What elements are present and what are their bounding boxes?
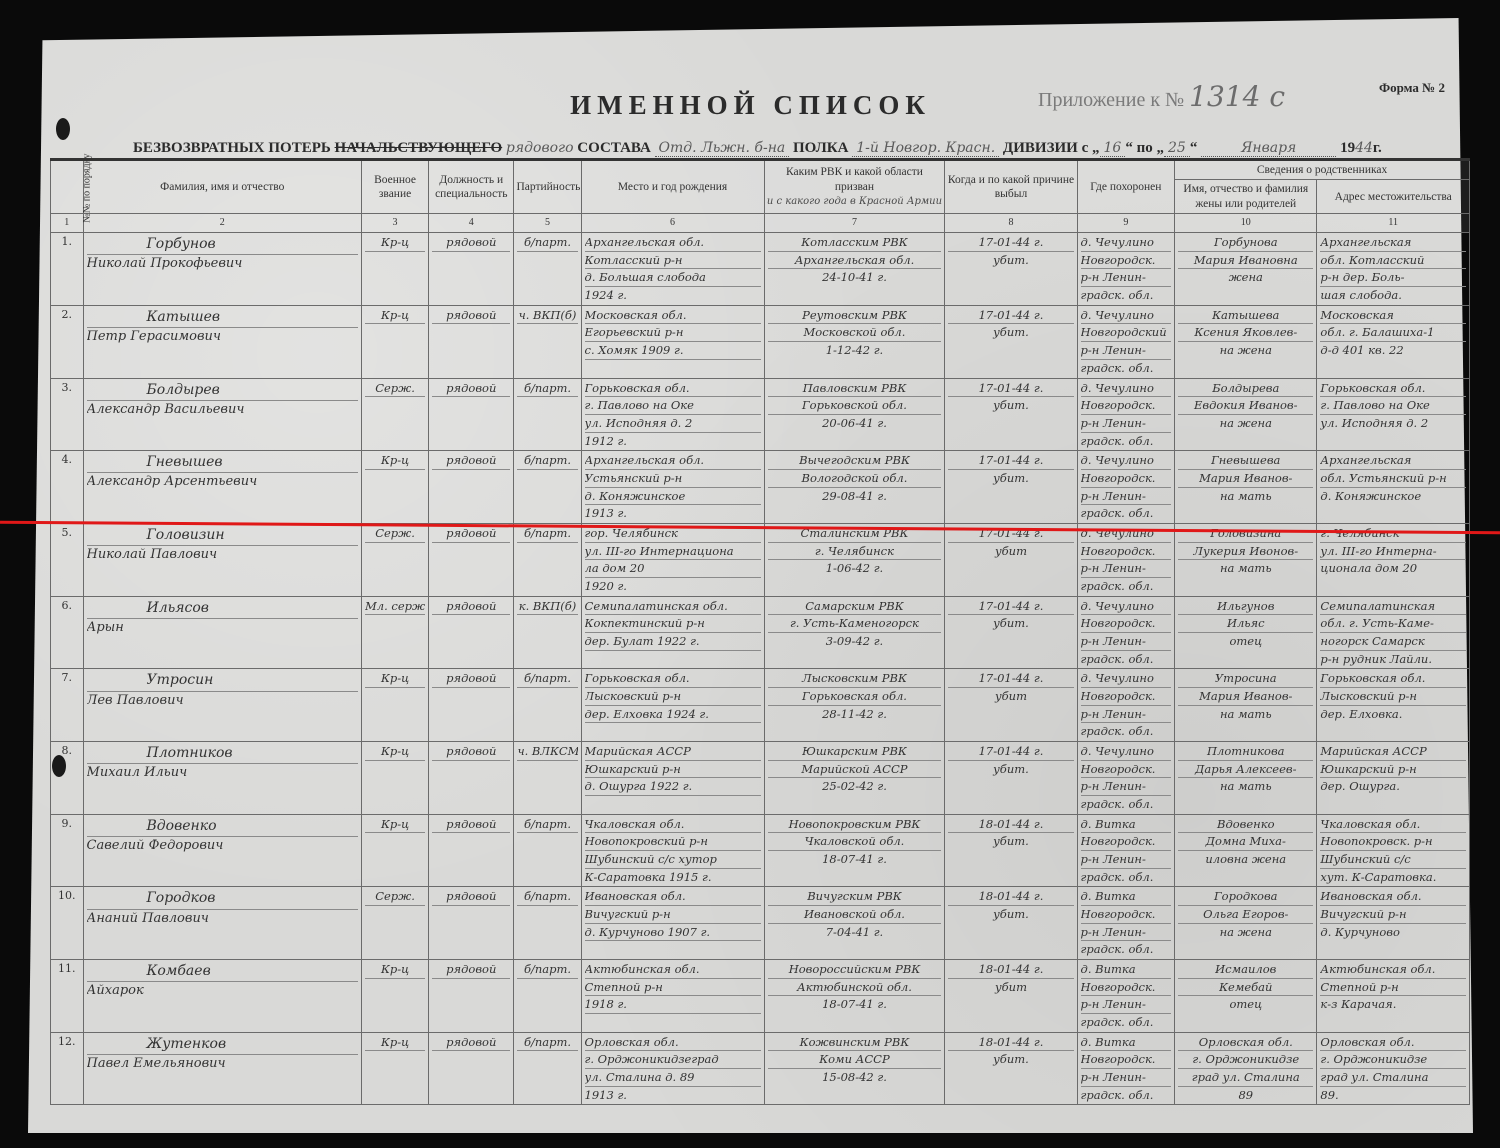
given-names: Александр Васильевич — [87, 401, 359, 420]
burial-line: д. Чечулино — [1081, 307, 1172, 325]
relative-address: Семипалатинскаяобл. г. Усть-Каме-ногорск… — [1317, 596, 1470, 669]
burial-line: градск. обл. — [1081, 869, 1172, 886]
relative-name: ГоловизинаЛукерия Ивонов-на мать — [1175, 523, 1317, 596]
address-line: Архангельская — [1320, 234, 1466, 252]
birth-line: Кокпектинский р-н — [585, 615, 761, 633]
relative-line: на мать — [1178, 778, 1313, 795]
burial-line: р-н Ленин- — [1081, 706, 1172, 724]
rank: Кр-ц — [362, 741, 429, 814]
birth-line: Горьковская обл. — [585, 380, 761, 398]
surname: Головизин — [87, 525, 359, 546]
birth-line: Лысковский р-н — [585, 688, 761, 706]
form-number: Форма № 2 — [1379, 80, 1445, 96]
burial-place: д. ВиткаНовгородск.р-н Ленин-градск. обл… — [1077, 1032, 1175, 1105]
given-names: Савелий Федорович — [87, 837, 359, 856]
relative-address: Архангельскаяобл. Котласскийр-н дер. Бол… — [1317, 233, 1470, 306]
birth-line: с. Хомяк 1909 г. — [585, 342, 761, 360]
burial-line: р-н Ленин- — [1081, 851, 1172, 869]
birth-line: 1913 г. — [585, 1087, 761, 1104]
burial-place: д. ВиткаНовгородск.р-н Ленин-градск. обл… — [1077, 814, 1175, 887]
burial-line: градск. обл. — [1081, 287, 1172, 304]
rvk-line: 25-02-42 г. — [768, 778, 942, 795]
relative-line: Вдовенко — [1178, 816, 1313, 834]
row-number: 4. — [51, 451, 84, 524]
burial-line: р-н Ленин- — [1081, 342, 1172, 360]
burial-line: градск. обл. — [1081, 941, 1172, 958]
rvk-line: Московской обл. — [768, 324, 942, 342]
fate: 18-01-44 г.убит. — [945, 814, 1077, 887]
burial-line: градск. обл. — [1081, 360, 1172, 377]
soldier-name: Головизин Николай Павлович — [83, 523, 362, 596]
address-line: Юшкарский р-н — [1320, 761, 1466, 779]
table-row: 2. Катышев Петр Герасимович Кр-ц рядовой… — [51, 305, 1470, 378]
relative-line: отец — [1178, 633, 1313, 650]
fate: 17-01-44 г.убит. — [945, 451, 1077, 524]
address-line: д-д 401 кв. 22 — [1320, 342, 1466, 359]
birth-place: Горьковская обл.Лысковский р-ндер. Елхов… — [581, 669, 764, 742]
burial-line: д. Чечулино — [1081, 452, 1172, 470]
rvk-line: Павловским РВК — [768, 380, 942, 398]
relative-line: Ксения Яковлев- — [1178, 324, 1313, 342]
given-names: Александр Арсентьевич — [87, 473, 359, 492]
relative-name: Орловская обл.г. Орджоникидзеград ул. Ст… — [1175, 1032, 1317, 1105]
fate-line: убит. — [948, 761, 1073, 778]
relative-line: Городкова — [1178, 888, 1313, 906]
fate: 17-01-44 г.убит. — [945, 378, 1077, 451]
burial-line: д. Чечулино — [1081, 234, 1172, 252]
table-row: 8. Плотников Михаил Ильич Кр-ц рядовой ч… — [51, 741, 1470, 814]
appendix-stamp: Приложение к № 1314 с — [1038, 80, 1285, 113]
relative-line: Горбунова — [1178, 234, 1313, 252]
burial-line: Новгородск. — [1081, 397, 1172, 415]
rvk-line: г. Челябинск — [768, 543, 942, 561]
relative-address: г. Челябинскул. III-го Интерна-ционала д… — [1317, 523, 1470, 596]
relative-name: КатышеваКсения Яковлев-на жена — [1175, 305, 1317, 378]
rvk-line: Новопокровским РВК — [768, 816, 942, 834]
birth-line: Юшкарский р-н — [585, 761, 761, 779]
address-line: хут. К-Саратовка. — [1320, 869, 1466, 886]
burial-line: р-н Ленин- — [1081, 633, 1172, 651]
relative-line: 89 — [1178, 1087, 1313, 1104]
address-line: ул. III-го Интерна- — [1320, 543, 1466, 561]
relative-name: БолдыреваЕвдокия Иванов-на жена — [1175, 378, 1317, 451]
address-line: Горьковская обл. — [1320, 670, 1466, 688]
address-line: 89. — [1320, 1087, 1466, 1104]
fate-line: убит. — [948, 906, 1073, 923]
burial-line: градск. обл. — [1081, 651, 1172, 668]
fate-line: 17-01-44 г. — [948, 452, 1073, 470]
birth-line: Егорьевский р-н — [585, 324, 761, 342]
birth-line — [585, 796, 761, 810]
rank: Мл. серж. — [362, 596, 429, 669]
party: ч. ВКП(б) — [514, 305, 581, 378]
party: б/парт. — [514, 451, 581, 524]
division-name: 1-й Новгор. Красн. — [852, 140, 999, 157]
birth-line — [585, 651, 761, 665]
surname: Плотников — [87, 743, 359, 764]
soldier-name: Утросин Лев Павлович — [83, 669, 362, 742]
date-to-label: по — [1137, 140, 1153, 156]
burial-place: д. ЧечулиноНовгородск.р-н Ленин-градск. … — [1077, 596, 1175, 669]
birth-line: д. Большая слобода — [585, 269, 761, 287]
burial-line: Новгородск. — [1081, 470, 1172, 488]
fate-line: убит. — [948, 252, 1073, 269]
relative-address: Архангельскаяобл. Устьянский р-нд. Коняж… — [1317, 451, 1470, 524]
fate: 17-01-44 г.убит — [945, 669, 1077, 742]
birth-line: дер. Елховка 1924 г. — [585, 706, 761, 724]
birth-line: Марийская АССР — [585, 743, 761, 761]
unit-name: Отд. Льжн. б-на — [655, 140, 790, 157]
position: рядовой — [429, 887, 514, 960]
fate-line: убит. — [948, 397, 1073, 414]
rvk-line: Марийской АССР — [768, 761, 942, 779]
relative-line: Утросина — [1178, 670, 1313, 688]
conscription-rvk: Лысковским РВКГорьковская обл.28-11-42 г… — [764, 669, 945, 742]
relative-line: Болдырева — [1178, 380, 1313, 398]
birth-line — [585, 723, 761, 737]
stamp-printed: Приложение к № — [1038, 89, 1184, 111]
row-number: 2. — [51, 305, 84, 378]
losses-table: №№ по порядку Фамилия, имя и отчество Во… — [50, 158, 1470, 1105]
row-number: 1. — [51, 233, 84, 306]
col-relative-header: Имя, отчество и фамилия жены или родител… — [1175, 180, 1317, 214]
soldier-name: Болдырев Александр Васильевич — [83, 378, 362, 451]
rvk-line: Ивановской обл. — [768, 906, 942, 924]
col-number-header: №№ по порядку — [51, 160, 84, 214]
relative-line: Евдокия Иванов- — [1178, 397, 1313, 415]
position: рядовой — [429, 960, 514, 1033]
col-name-header: Фамилия, имя и отчество — [83, 160, 362, 214]
rvk-line: Самарским РВК — [768, 598, 942, 616]
table-row: 5. Головизин Николай Павлович Серж. рядо… — [51, 523, 1470, 596]
rank: Кр-ц — [362, 233, 429, 306]
handwritten-header-note: и с какого года в Красной Армии — [767, 196, 942, 207]
address-line: ул. Исподняя д. 2 — [1320, 415, 1466, 432]
binder-hole — [52, 755, 66, 777]
fate-line: 18-01-44 г. — [948, 816, 1073, 834]
burial-line: Новгородск. — [1081, 688, 1172, 706]
given-names: Айхарок — [87, 982, 359, 1001]
burial-line: Новгородск. — [1081, 979, 1172, 997]
burial-line: градск. обл. — [1081, 433, 1172, 450]
relative-name: ИльгуновИльясотец — [1175, 596, 1317, 669]
address-line: к-з Карачая. — [1320, 996, 1466, 1013]
birth-line: ул. Исподняя д. 2 — [585, 415, 761, 433]
relative-line: Орловская обл. — [1178, 1034, 1313, 1052]
rvk-line: Реутовским РВК — [768, 307, 942, 325]
party: б/парт. — [514, 669, 581, 742]
birth-line: К-Саратовка 1915 г. — [585, 869, 761, 886]
relative-line: на жена — [1178, 342, 1313, 359]
soldier-name: Гневышев Александр Арсентьевич — [83, 451, 362, 524]
col-party-header: Партийность — [514, 160, 581, 214]
birth-line: Новопокровский р-н — [585, 833, 761, 851]
party: к. ВКП(б) — [514, 596, 581, 669]
address-line: Актюбинская обл. — [1320, 961, 1466, 979]
surname: Городков — [87, 888, 359, 909]
conscription-rvk: Юшкарским РВКМарийской АССР25-02-42 г. — [764, 741, 945, 814]
burial-line: д. Чечулино — [1081, 380, 1172, 398]
fate: 18-01-44 г.убит. — [945, 1032, 1077, 1105]
surname: Вдовенко — [87, 816, 359, 837]
rvk-line: 18-07-41 г. — [768, 851, 942, 868]
relative-line: Кемебай — [1178, 979, 1313, 997]
table-row: 6. Ильясов Арын Мл. серж. рядовой к. ВКП… — [51, 596, 1470, 669]
relative-line: Дарья Алексеев- — [1178, 761, 1313, 779]
burial-place: д. ВиткаНовгородск.р-н Ленин-градск. обл… — [1077, 887, 1175, 960]
birth-place: Горьковская обл.г. Павлово на Океул. Исп… — [581, 378, 764, 451]
burial-line: р-н Ленин- — [1081, 778, 1172, 796]
conscription-rvk: Кожвинским РВККоми АССР15-08-42 г. — [764, 1032, 945, 1105]
relative-line: Гневышева — [1178, 452, 1313, 470]
rvk-line: Горьковской обл. — [768, 397, 942, 415]
birth-line: дер. Булат 1922 г. — [585, 633, 761, 651]
col-fate-header: Когда и по какой причине выбыл — [945, 160, 1077, 214]
party: б/парт. — [514, 523, 581, 596]
birth-place: Марийская АССРЮшкарский р-нд. Ошурга 192… — [581, 741, 764, 814]
birth-line: 1913 г. — [585, 505, 761, 522]
rvk-line: Лысковским РВК — [768, 670, 942, 688]
relatives-group-header: Сведения о родственниках — [1175, 160, 1470, 180]
date-to: 25 — [1164, 140, 1190, 157]
conscription-rvk: Вичугским РВКИвановской обл.7-04-41 г. — [764, 887, 945, 960]
relative-address: Актюбинская обл.Степной р-нк-з Карачая. — [1317, 960, 1470, 1033]
position: рядовой — [429, 451, 514, 524]
division-label: ДИВИЗИИ с — [1003, 140, 1088, 156]
birth-line: 1920 г. — [585, 578, 761, 595]
birth-line: Чкаловская обл. — [585, 816, 761, 834]
fate-line: 17-01-44 г. — [948, 743, 1073, 761]
relative-name: ПлотниковаДарья Алексеев-на мать — [1175, 741, 1317, 814]
address-line: Семипалатинская — [1320, 598, 1466, 616]
birth-line: г. Павлово на Оке — [585, 397, 761, 415]
relative-address: Горьковская обл.Лысковский р-ндер. Елхов… — [1317, 669, 1470, 742]
row-number: 5. — [51, 523, 84, 596]
stamp-number: 1314 с — [1189, 80, 1285, 113]
burial-line: д. Чечулино — [1081, 743, 1172, 761]
row-number: 8. — [51, 741, 84, 814]
surname: Жутенков — [87, 1034, 359, 1055]
burial-line: Новгородск. — [1081, 1051, 1172, 1069]
burial-line: градск. обл. — [1081, 505, 1172, 522]
address-line: шая слобода. — [1320, 287, 1466, 304]
relative-address: Марийская АССРЮшкарский р-ндер. Ошурга. — [1317, 741, 1470, 814]
fate-line: убит. — [948, 324, 1073, 341]
position: рядовой — [429, 523, 514, 596]
birth-line: Степной р-н — [585, 979, 761, 997]
fate-line: убит — [948, 688, 1073, 705]
rank: Серж. — [362, 378, 429, 451]
rvk-line: 1-12-42 г. — [768, 342, 942, 359]
burial-line: д. Витка — [1081, 1034, 1172, 1052]
birth-line: ул. Сталина д. 89 — [585, 1069, 761, 1087]
fate-line: 18-01-44 г. — [948, 1034, 1073, 1052]
address-line: Ивановская обл. — [1320, 888, 1466, 906]
rvk-line: 24-10-41 г. — [768, 269, 942, 286]
fate: 17-01-44 г.убит. — [945, 305, 1077, 378]
col-rank-header: Военное звание — [362, 160, 429, 214]
address-line: р-н дер. Боль- — [1320, 269, 1466, 287]
rvk-line: Новороссийским РВК — [768, 961, 942, 979]
table-row: 3. Болдырев Александр Васильевич Серж. р… — [51, 378, 1470, 451]
position: рядовой — [429, 233, 514, 306]
surname: Гневышев — [87, 452, 359, 473]
given-names: Николай Прокофьевич — [87, 255, 359, 274]
relative-line: на мать — [1178, 560, 1313, 577]
address-line: Новопокровск. р-н — [1320, 833, 1466, 851]
birth-line — [585, 360, 761, 374]
position: рядовой — [429, 305, 514, 378]
soldier-name: Ильясов Арын — [83, 596, 362, 669]
birth-place: Орловская обл.г. Орджоникидзеградул. Ста… — [581, 1032, 764, 1105]
burial-line: р-н Ленин- — [1081, 924, 1172, 942]
burial-line: Новгородский — [1081, 324, 1172, 342]
relative-line: Ольга Егоров- — [1178, 906, 1313, 924]
relative-address: Московскаяобл. г. Балашиха-1д-д 401 кв. … — [1317, 305, 1470, 378]
address-line: обл. г. Усть-Каме- — [1320, 615, 1466, 633]
table-row: 9. Вдовенко Савелий Федорович Кр-ц рядов… — [51, 814, 1470, 887]
relative-line: на мать — [1178, 488, 1313, 505]
birth-line — [585, 1014, 761, 1028]
birth-line: 1924 г. — [585, 287, 761, 304]
col-address-header: Адрес местожительства — [1317, 180, 1470, 214]
birth-line: Котласский р-н — [585, 252, 761, 270]
conscription-rvk: Новороссийским РВКАктюбинской обл.18-07-… — [764, 960, 945, 1033]
fate: 18-01-44 г.убит — [945, 960, 1077, 1033]
soldier-name: Горбунов Николай Прокофьевич — [83, 233, 362, 306]
birth-place: гор. Челябинскул. III-го Интернационала … — [581, 523, 764, 596]
party: ч. ВЛКСМ — [514, 741, 581, 814]
address-line: Лысковский р-н — [1320, 688, 1466, 706]
birth-line: Семипалатинская обл. — [585, 598, 761, 616]
given-names: Петр Герасимович — [87, 328, 359, 347]
rvk-line: Котласским РВК — [768, 234, 942, 252]
rvk-line: 29-08-41 г. — [768, 488, 942, 505]
fate-line: убит. — [948, 1051, 1073, 1068]
birth-line — [585, 941, 761, 955]
relative-line: Катышева — [1178, 307, 1313, 325]
birth-line: г. Орджоникидзеград — [585, 1051, 761, 1069]
burial-line: д. Чечулино — [1081, 598, 1172, 616]
relative-line: Ильгунов — [1178, 598, 1313, 616]
party: б/парт. — [514, 887, 581, 960]
birth-line: д. Курчуново 1907 г. — [585, 924, 761, 942]
rvk-line: 20-06-41 г. — [768, 415, 942, 432]
rvk-line: Вычегодским РВК — [768, 452, 942, 470]
burial-line: Новгородск. — [1081, 906, 1172, 924]
fate-line: убит — [948, 979, 1073, 996]
col-burial-header: Где похоронен — [1077, 160, 1175, 214]
given-names: Арын — [87, 619, 359, 638]
struck-word: НАЧАЛЬСТВУЮЩЕГО — [335, 140, 503, 156]
soldier-name: Вдовенко Савелий Федорович — [83, 814, 362, 887]
row-number: 10. — [51, 887, 84, 960]
rvk-line: 7-04-41 г. — [768, 924, 942, 941]
fate-line: 18-01-44 г. — [948, 961, 1073, 979]
year-unit: г. — [1373, 140, 1382, 156]
burial-line: Новгородск. — [1081, 252, 1172, 270]
conscription-rvk: Павловским РВКГорьковской обл.20-06-41 г… — [764, 378, 945, 451]
relative-name: ГородковаОльга Егоров-на жена — [1175, 887, 1317, 960]
relative-line: отец — [1178, 996, 1313, 1013]
rvk-line: Горьковская обл. — [768, 688, 942, 706]
soldier-name: Комбаев Айхарок — [83, 960, 362, 1033]
birth-line: Московская обл. — [585, 307, 761, 325]
burial-line: градск. обл. — [1081, 1087, 1172, 1104]
fate-line: убит — [948, 543, 1073, 560]
relative-line: Лукерия Ивонов- — [1178, 543, 1313, 561]
relative-name: ГорбуноваМария Ивановнажена — [1175, 233, 1317, 306]
document-subtitle: БЕЗВОЗВРАТНЫХ ПОТЕРЬ НАЧАЛЬСТВУЮЩЕГО ряд… — [133, 140, 1382, 157]
party: б/парт. — [514, 960, 581, 1033]
year-suffix: 44 — [1355, 140, 1373, 156]
fate: 17-01-44 г.убит — [945, 523, 1077, 596]
party: б/парт. — [514, 378, 581, 451]
address-line: обл. Устьянский р-н — [1320, 470, 1466, 488]
conscription-rvk: Котласским РВКАрхангельская обл.24-10-41… — [764, 233, 945, 306]
relative-line: на жена — [1178, 924, 1313, 941]
rvk-line: Архангельская обл. — [768, 252, 942, 270]
rank: Кр-ц — [362, 669, 429, 742]
position: рядовой — [429, 378, 514, 451]
position: рядовой — [429, 741, 514, 814]
conscription-rvk: Вычегодским РВКВологодской обл.29-08-41 … — [764, 451, 945, 524]
birth-place: Архангельская обл.Котласский р-нд. Больш… — [581, 233, 764, 306]
address-line: Горьковская обл. — [1320, 380, 1466, 398]
birth-line: 1918 г. — [585, 996, 761, 1014]
burial-place: д. ВиткаНовгородск.р-н Ленин-градск. обл… — [1077, 960, 1175, 1033]
burial-line: Новгородск. — [1081, 615, 1172, 633]
conscription-rvk: Сталинским РВКг. Челябинск1-06-42 г. — [764, 523, 945, 596]
address-line: дер. Елховка. — [1320, 706, 1466, 723]
address-line: ционала дом 20 — [1320, 560, 1466, 577]
rank: Кр-ц — [362, 451, 429, 524]
burial-line: д. Витка — [1081, 888, 1172, 906]
relative-line: на мать — [1178, 706, 1313, 723]
table-row: 10. Городков Ананий Павлович Серж. рядов… — [51, 887, 1470, 960]
address-line: д. Курчуново — [1320, 924, 1466, 941]
rvk-line: 3-09-42 г. — [768, 633, 942, 650]
fate: 18-01-44 г.убит. — [945, 887, 1077, 960]
address-line: Шубинский с/с — [1320, 851, 1466, 869]
burial-line: Новгородск. — [1081, 833, 1172, 851]
surname: Комбаев — [87, 961, 359, 982]
rvk-line: Чкаловской обл. — [768, 833, 942, 851]
rvk-line: 18-07-41 г. — [768, 996, 942, 1013]
burial-line: р-н Ленин- — [1081, 488, 1172, 506]
given-names: Ананий Павлович — [87, 910, 359, 929]
party: б/парт. — [514, 233, 581, 306]
date-from: 16 — [1100, 140, 1126, 157]
rank: Серж. — [362, 523, 429, 596]
soldier-name: Жутенков Павел Емельянович — [83, 1032, 362, 1105]
burial-line: градск. обл. — [1081, 723, 1172, 740]
conscription-rvk: Самарским РВКг. Усть-Каменогорск3-09-42 … — [764, 596, 945, 669]
position: рядовой — [429, 1032, 514, 1105]
birth-line: ла дом 20 — [585, 560, 761, 578]
burial-place: д. ЧечулиноНовгородскийр-н Ленин-градск.… — [1077, 305, 1175, 378]
burial-line: градск. обл. — [1081, 578, 1172, 595]
rvk-line: г. Усть-Каменогорск — [768, 615, 942, 633]
burial-place: д. ЧечулиноНовгородск.р-н Ленин-градск. … — [1077, 741, 1175, 814]
fate-line: 17-01-44 г. — [948, 234, 1073, 252]
rvk-line: Юшкарским РВК — [768, 743, 942, 761]
address-line: Марийская АССР — [1320, 743, 1466, 761]
birth-place: Московская обл.Егорьевский р-нс. Хомяк 1… — [581, 305, 764, 378]
birth-line: 1912 г. — [585, 433, 761, 450]
rvk-line: Вичугским РВК — [768, 888, 942, 906]
fate-line: убит. — [948, 615, 1073, 632]
